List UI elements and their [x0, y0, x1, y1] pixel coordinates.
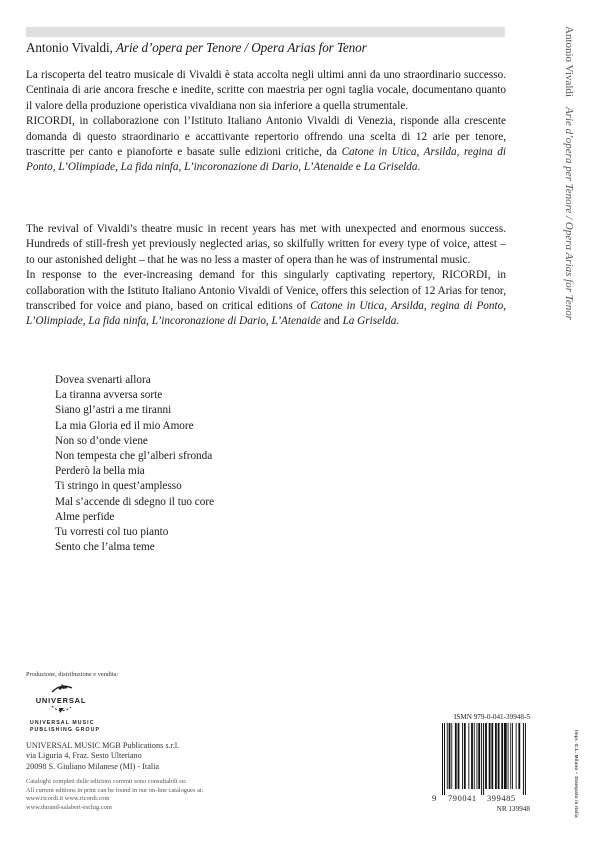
- english-paragraph-2: In response to the ever-increasing deman…: [26, 268, 506, 330]
- barcode-block: ISMN 979-0-041-39948-5 9 790041 399485 N…: [430, 713, 530, 813]
- work-title: Arie d’opera per Tenore / Opera Arias fo…: [116, 40, 367, 55]
- logo-line-2: PUBLISHING GROUP: [30, 727, 92, 734]
- aria-item: La tiranna avversa sorte: [55, 388, 214, 403]
- aria-item: Non tempesta che gl’alberi sfronda: [55, 449, 214, 464]
- ismn-code: ISMN 979-0-041-39948-5: [430, 713, 530, 721]
- barcode: 9 790041 399485: [430, 723, 530, 801]
- printer-imprint: Impr. G.L. Milano – Stampato in Italia: [574, 730, 579, 818]
- distribution-label: Produzione, distribuzione e vendita:: [26, 671, 266, 679]
- aria-item: Tu vorresti col tuo pianto: [55, 525, 214, 540]
- italian-paragraph-2: RICORDI, in collaborazione con l’Istitut…: [26, 114, 506, 176]
- catalog-number: NR 139948: [430, 805, 530, 813]
- spine-work-title: Arie d’opera per Tenore / Opera Arias fo…: [563, 107, 575, 320]
- barcode-graphic: [438, 723, 528, 799]
- aria-item: Siano gl’astri a me tiranni: [55, 403, 214, 418]
- publisher-block: Produzione, distribuzione e vendita: UNI…: [26, 671, 266, 813]
- globe-arc-icon: [46, 705, 76, 715]
- composer-name: Antonio Vivaldi,: [26, 40, 113, 55]
- aria-item: Mal s’accende di sdegno il tuo core: [55, 495, 214, 510]
- aria-item: Sento che l’alma teme: [55, 540, 214, 555]
- header-bar: [26, 27, 505, 37]
- logo-line-1: UNIVERSAL MUSIC: [30, 720, 92, 727]
- publisher-address: UNIVERSAL MUSIC MGB Publications s.r.l. …: [26, 741, 266, 772]
- italian-description: La riscoperta del teatro musicale di Viv…: [26, 68, 506, 176]
- aria-list: Dovea svenarti allora La tiranna avversa…: [55, 373, 214, 555]
- page-title: Antonio Vivaldi, Arie d’opera per Tenore…: [26, 40, 526, 56]
- aria-item: Alme perfide: [55, 510, 214, 525]
- spine-composer: Antonio Vivaldi: [563, 26, 575, 97]
- aria-item: Perderò la bella mia: [55, 464, 214, 479]
- aria-item: Non so d’onde viene: [55, 434, 214, 449]
- aria-item: Ti stringo in quest’amplesso: [55, 479, 214, 494]
- globe-icon: [46, 683, 76, 697]
- english-description: The revival of Vivaldi’s theatre music i…: [26, 222, 506, 330]
- logo-brand: UNIVERSAL: [30, 697, 92, 705]
- universal-logo: UNIVERSAL UNIVERSAL MUSIC PUBLISHING GRO…: [30, 683, 92, 733]
- spine-title: Antonio VivaldiArie d’opera per Tenore /…: [562, 26, 575, 346]
- aria-item: La mia Gloria ed il mio Amore: [55, 419, 214, 434]
- english-paragraph-1: The revival of Vivaldi’s theatre music i…: [26, 222, 506, 268]
- website-links: www.ricordi.it www.ricordi.com: [26, 795, 266, 804]
- aria-item: Dovea svenarti allora: [55, 373, 214, 388]
- catalog-info: Cataloghi completi delle edizioni corren…: [26, 778, 266, 812]
- website-link: www.durand-salabert-eschig.com: [26, 804, 266, 813]
- italian-paragraph-1: La riscoperta del teatro musicale di Viv…: [26, 68, 506, 114]
